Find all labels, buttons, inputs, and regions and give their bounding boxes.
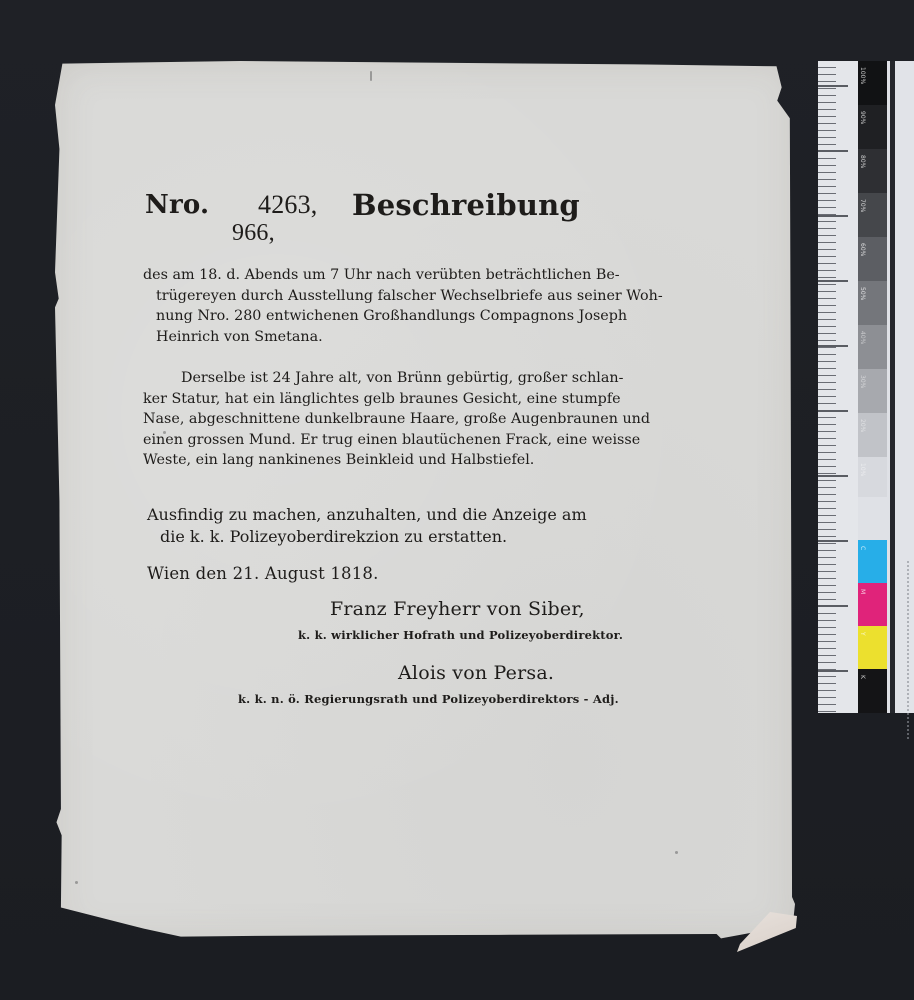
ruler-tick <box>818 540 848 542</box>
patch-label: 10% <box>859 463 866 476</box>
paper-speck <box>675 851 678 854</box>
ruler-tick <box>818 85 848 87</box>
patch-label: 80% <box>859 155 866 168</box>
ruler-tick <box>818 410 848 412</box>
gray-patch: 80% <box>858 149 887 193</box>
ruler-tick <box>818 150 848 152</box>
patch-label: Y <box>859 632 866 636</box>
text-line: des am 18. d. Abends um 7 Uhr nach verüb… <box>143 265 663 286</box>
patch-label: 30% <box>859 375 866 388</box>
patch-label: M <box>859 589 866 594</box>
measurement-ruler <box>818 61 858 713</box>
paper-speck <box>75 881 78 884</box>
patch-label: 20% <box>859 419 866 432</box>
gray-patch: 50% <box>858 281 887 325</box>
document-number-prefix: Nro. <box>145 190 209 220</box>
text-line: Derselbe ist 24 Jahre alt, von Brünn geb… <box>143 368 650 389</box>
text-line: Weste, ein lang nankinenes Beinkleid und… <box>143 450 650 471</box>
gray-patch: 40% <box>858 325 887 369</box>
gray-patch: 60% <box>858 237 887 281</box>
cyan-patch: C <box>858 540 887 583</box>
patch-label: 60% <box>859 243 866 256</box>
ruler-tick <box>818 280 848 282</box>
ruler-tick <box>818 215 848 217</box>
black-patch: K <box>858 669 887 713</box>
paragraph-description: Derselbe ist 24 Jahre alt, von Brünn geb… <box>143 368 650 471</box>
calibration-fine-print <box>907 561 909 741</box>
patch-column: 100% 90% 80% 70% 60% 50% 40% 30% 20% 10%… <box>858 61 887 713</box>
text-line: nung Nro. 280 entwichenen Großhandlungs … <box>143 306 663 327</box>
text-line: Ausfindig zu machen, anzuhalten, und die… <box>147 504 587 526</box>
patch-label: 100% <box>859 67 866 84</box>
calibration-side-strip <box>895 61 914 713</box>
gray-patch: 70% <box>858 193 887 237</box>
gray-patch: 20% <box>858 413 887 457</box>
text-line: einen grossen Mund. Er trug einen blautü… <box>143 430 650 451</box>
gray-patch: 30% <box>858 369 887 413</box>
patch-label: K <box>859 675 866 679</box>
text-line: Heinrich von Smetana. <box>143 327 663 348</box>
ruler-tick <box>818 345 848 347</box>
paper-tear <box>370 71 372 81</box>
patch-label: 90% <box>859 111 866 124</box>
scan-background: Nro. 4263, 966, Beschreibung des am 18. … <box>0 0 914 1000</box>
paragraph-instruction: Ausfindig zu machen, anzuhalten, und die… <box>147 504 587 548</box>
text-line: trügereyen durch Ausstellung falscher We… <box>143 286 663 307</box>
signature-title-1: k. k. wirklicher Hofrath und Polizeyober… <box>298 628 623 642</box>
patch-label: 40% <box>859 331 866 344</box>
gray-patch: 10% <box>858 457 887 497</box>
ruler-tick <box>818 670 848 672</box>
patch-label: 70% <box>859 199 866 212</box>
text-line: Nase, abgeschnittene dunkelbraune Haare,… <box>143 409 650 430</box>
signature-title-2: k. k. n. ö. Regierungsrath und Polizeyob… <box>238 692 619 706</box>
document-number: 4263, <box>258 190 318 220</box>
text-line: die k. k. Polizeyoberdirekzion zu erstat… <box>147 526 587 548</box>
ruler-tick <box>818 605 848 607</box>
gray-patch: 90% <box>858 105 887 149</box>
signature-name-2: Alois von Persa. <box>398 662 554 684</box>
ruler-tick <box>818 475 848 477</box>
patch-label: 50% <box>859 287 866 300</box>
gray-patch: 100% <box>858 61 887 105</box>
yellow-patch: Y <box>858 626 887 669</box>
document-sub-number: 966, <box>232 220 275 247</box>
text-line: ker Statur, hat ein länglichtes gelb bra… <box>143 389 650 410</box>
date-line: Wien den 21. August 1818. <box>147 564 379 583</box>
paragraph-incident: des am 18. d. Abends um 7 Uhr nach verüb… <box>143 265 663 347</box>
signature-name-1: Franz Freyherr von Siber, <box>330 598 585 620</box>
color-calibration-target: 100% 90% 80% 70% 60% 50% 40% 30% 20% 10%… <box>818 61 914 713</box>
patch-label: C <box>859 546 866 550</box>
magenta-patch: M <box>858 583 887 626</box>
document-title: Beschreibung <box>352 188 580 222</box>
